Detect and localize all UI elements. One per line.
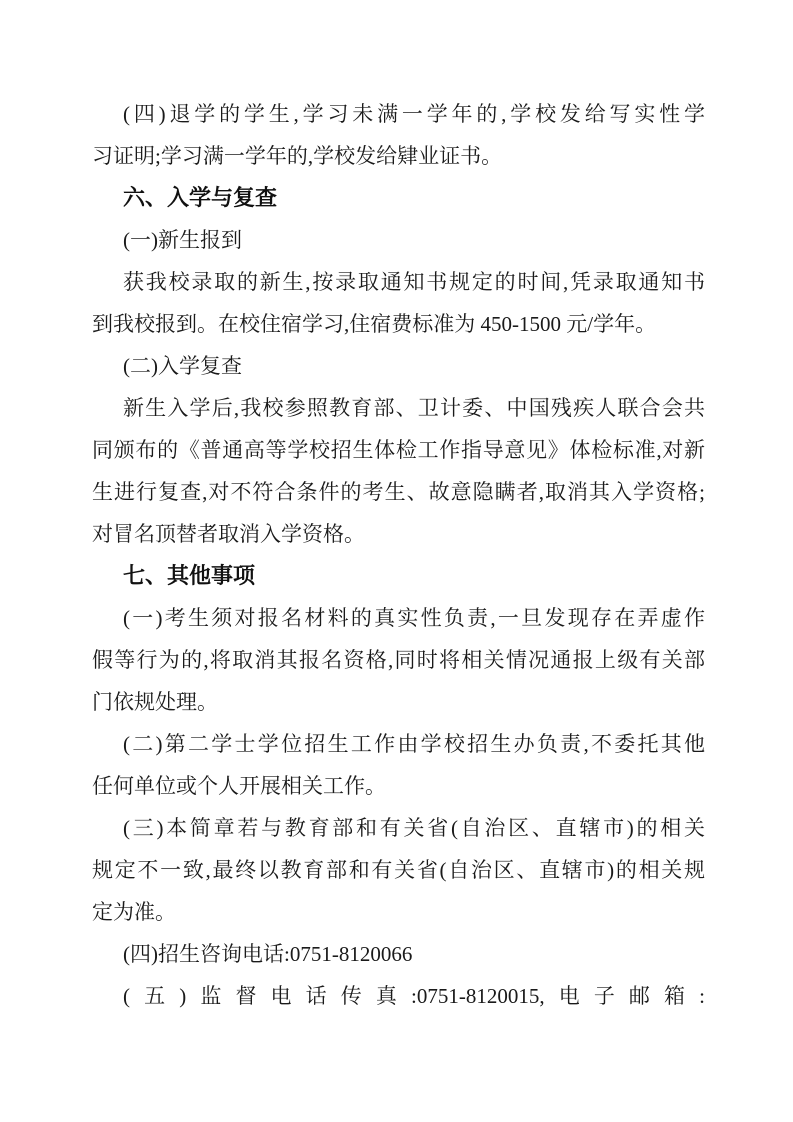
text-line: (四)招生咨询电话:0751-8120066 bbox=[92, 933, 705, 975]
text-line: 生进行复查,对不符合条件的考生、故意隐瞒者,取消其入学资格; bbox=[92, 471, 705, 513]
document-text-block: (四)退学的学生,学习未满一学年的,学校发给写实性学 习证明;学习满一学年的,学… bbox=[92, 93, 705, 1017]
document-page: (四)退学的学生,学习未满一学年的,学校发给写实性学 习证明;学习满一学年的,学… bbox=[0, 0, 793, 1122]
text-line: 新生入学后,我校参照教育部、卫计委、中国残疾人联合会共 bbox=[92, 387, 705, 429]
text-line: 对冒名顶替者取消入学资格。 bbox=[92, 513, 705, 555]
text-line: 定为准。 bbox=[92, 891, 705, 933]
text-line: 习证明;学习满一学年的,学校发给肄业证书。 bbox=[92, 135, 705, 177]
text-line: (二)入学复查 bbox=[92, 345, 705, 387]
text-line: 到我校报到。在校住宿学习,住宿费标准为 450-1500 元/学年。 bbox=[92, 303, 705, 345]
text-line: 假等行为的,将取消其报名资格,同时将相关情况通报上级有关部 bbox=[92, 639, 705, 681]
text-line: (四)退学的学生,学习未满一学年的,学校发给写实性学 bbox=[92, 93, 705, 135]
text-line: 获我校录取的新生,按录取通知书规定的时间,凭录取通知书 bbox=[92, 261, 705, 303]
section-heading: 六、入学与复查 bbox=[92, 177, 705, 219]
text-line: (二)第二学士学位招生工作由学校招生办负责,不委托其他 bbox=[92, 723, 705, 765]
text-line: (五)监督电话传真:0751-8120015,电子邮箱: bbox=[92, 975, 705, 1017]
text-line: (一)新生报到 bbox=[92, 219, 705, 261]
section-heading: 七、其他事项 bbox=[92, 555, 705, 597]
text-line: 规定不一致,最终以教育部和有关省(自治区、直辖市)的相关规 bbox=[92, 849, 705, 891]
text-line: 任何单位或个人开展相关工作。 bbox=[92, 765, 705, 807]
text-line: (一)考生须对报名材料的真实性负责,一旦发现存在弄虚作 bbox=[92, 597, 705, 639]
text-line: 同颁布的《普通高等学校招生体检工作指导意见》体检标准,对新 bbox=[92, 429, 705, 471]
text-line: (三)本简章若与教育部和有关省(自治区、直辖市)的相关 bbox=[92, 807, 705, 849]
text-line: 门依规处理。 bbox=[92, 681, 705, 723]
